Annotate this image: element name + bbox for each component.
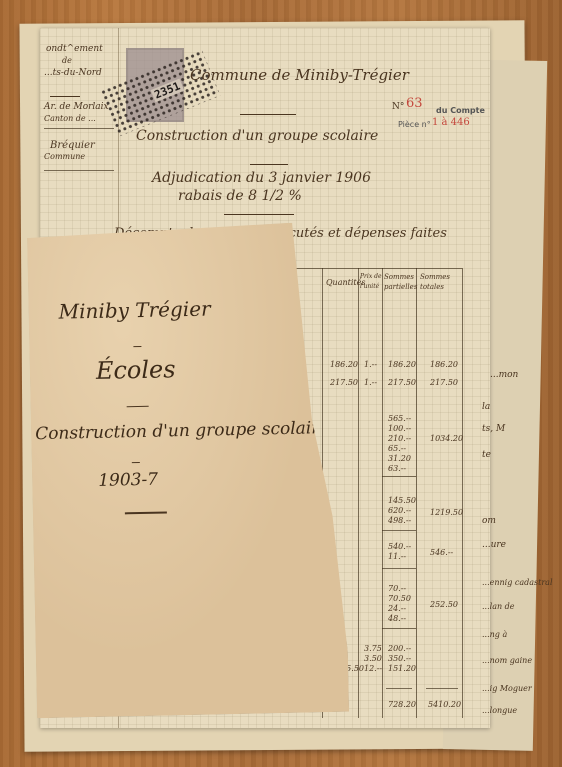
number-value: 63 (406, 96, 423, 111)
adjudication-line: Adjudication du 3 janvier 1906 (152, 170, 371, 186)
heading-rule (250, 164, 288, 165)
cell-partial: 11.-- (388, 552, 406, 562)
cell-partial: 65.-- (388, 444, 406, 454)
cell-total: 1034.20 (430, 434, 463, 444)
margin-text: Bréquier (50, 140, 95, 151)
cell-partial: 24.-- (388, 604, 406, 614)
cell-partial: 145.50 (388, 496, 416, 506)
cell-quantity: 217.50 (330, 378, 358, 388)
subtotal-rule (382, 530, 416, 531)
cell-partial: 217.50 (388, 378, 416, 388)
number-label: N° (392, 102, 404, 112)
piece-value: 1 à 446 (432, 117, 470, 128)
fragment-text: ts, M (482, 424, 505, 434)
column-header: Sommes totales (420, 272, 460, 292)
fragment-text: ...ig Moguer (482, 684, 532, 693)
subtotal-rule (382, 568, 416, 569)
cell-partial: 63.-- (388, 464, 406, 474)
cell-partial: 620.-- (388, 506, 411, 516)
report-total: 5410.20 (428, 700, 461, 710)
fragment-text: om (482, 516, 496, 526)
cell-quantity: 186.20 (330, 360, 358, 370)
cell-unit-price: 12.-- (364, 664, 382, 674)
subtotal-rule (382, 628, 416, 629)
cell-unit-price: 1.-- (364, 378, 377, 388)
project-title: Construction d'un groupe scolaire (136, 128, 378, 144)
heading-rule (240, 114, 296, 115)
fragment-text: te (482, 450, 491, 460)
table-top-rule (290, 268, 462, 269)
column-header: Prix de l'unité (360, 272, 382, 292)
cell-partial: 70.-- (388, 584, 406, 594)
cover-underline (125, 511, 167, 514)
fragment-text: ...ennig cadastral (482, 578, 553, 587)
report-rule (386, 688, 412, 689)
cell-total: 546.-- (430, 548, 453, 558)
cell-unit-price: 3.75 (364, 644, 382, 654)
margin-text: ondt^ement (46, 44, 103, 54)
cover-dash (127, 406, 149, 407)
cover-title: Construction d'un groupe scolaire (35, 418, 330, 444)
subtotal-rule (382, 476, 416, 477)
table-column-rule (382, 268, 383, 718)
margin-text: ...ts-du-Nord (44, 68, 102, 78)
table-column-rule (416, 268, 417, 718)
cell-unit-price: 3.50 (364, 654, 382, 664)
cell-partial: 70.50 (388, 594, 411, 604)
cell-partial: 565.-- (388, 414, 411, 424)
fragment-text: ...mon (490, 370, 518, 380)
cell-partial: 210.-- (388, 434, 411, 444)
cell-partial: 498.-- (388, 516, 411, 526)
column-header: Sommes partielles (384, 272, 416, 292)
cell-partial: 186.20 (388, 360, 416, 370)
cover-dash (133, 346, 141, 347)
report-partial: 728.20 (388, 700, 416, 710)
fragment-text: ...lan de (482, 602, 515, 611)
fragment-text: la (482, 402, 490, 412)
cover-dash (132, 462, 140, 463)
right-sheet-fragments: ...mon la ts, M te om ...ure ...ennig ca… (472, 340, 542, 740)
cell-total: 252.50 (430, 600, 458, 610)
fragment-text: ...ure (482, 540, 506, 550)
cell-total: 1219.50 (430, 508, 463, 518)
table-column-rule (358, 268, 359, 718)
piece-label: Pièce n° (398, 120, 431, 129)
cell-unit-price: 1.-- (364, 360, 377, 370)
heading-rule (224, 214, 294, 215)
margin-text: Ar. de Morlaix (44, 102, 109, 112)
cover-commune: Miniby Trégier (58, 296, 210, 323)
margin-divider (50, 96, 80, 97)
margin-divider (44, 128, 114, 129)
cell-partial: 151.20 (388, 664, 416, 674)
cell-partial: 200.-- (388, 644, 411, 654)
fragment-text: ...nom gaine (482, 656, 532, 665)
margin-text: de (62, 56, 72, 65)
fragment-text: ...ng à (482, 630, 507, 639)
margin-divider (44, 170, 114, 171)
cell-partial: 48.-- (388, 614, 406, 624)
cell-total: 217.50 (430, 378, 458, 388)
cover-subject: Écoles (96, 355, 176, 385)
table-column-rule (462, 268, 463, 718)
compte-label: du Compte (436, 106, 485, 115)
margin-text: Commune (44, 152, 85, 161)
cell-partial: 100.-- (388, 424, 411, 434)
margin-text: Canton de ... (44, 114, 96, 123)
cell-partial: 350.-- (388, 654, 411, 664)
cell-partial: 31.20 (388, 454, 411, 464)
fragment-text: ...longue (482, 706, 517, 715)
cover-years: 1903-7 (98, 470, 158, 491)
rabais-line: rabais de 8 1/2 % (178, 188, 302, 204)
report-rule (426, 688, 458, 689)
commune-heading: Commune de Miniby-Trégier (190, 66, 409, 84)
cell-total: 186.20 (430, 360, 458, 370)
cell-partial: 540.-- (388, 542, 411, 552)
